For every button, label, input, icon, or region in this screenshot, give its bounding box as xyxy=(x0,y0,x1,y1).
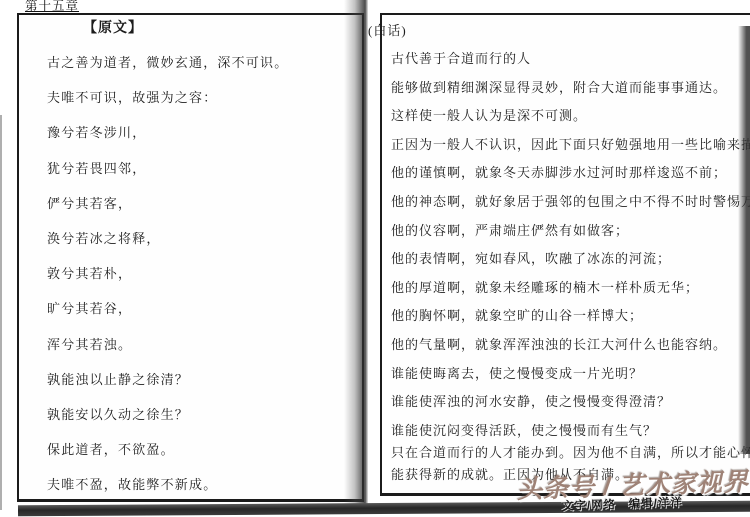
vernacular-header: (白话) xyxy=(368,20,407,39)
left-page-original: 【原文】 古之善为道者，微妙玄通，深不可识。 夫唯不可识，故强为之容： 豫兮若冬… xyxy=(17,13,364,502)
text-line: 谁能使沉闷变得活跃，使之慢慢而有生气？ xyxy=(391,424,750,437)
text-line: 古代善于合道而行的人 xyxy=(391,52,750,65)
text-line: 能够做到精细渊深显得灵妙，附合大道而能事事通达。 xyxy=(391,81,750,94)
text-line: 保此道者，不欲盈。 xyxy=(47,443,358,456)
text-line: 夫唯不盈，故能弊不新成。 xyxy=(47,478,358,491)
text-line: 只在合道而行的人才能办到。因为他不自满，所以才能心怀坦荡而总 xyxy=(391,446,750,459)
original-text-body: 古之善为道者，微妙玄通，深不可识。 夫唯不可识，故强为之容： 豫兮若冬涉川， 犹… xyxy=(47,56,358,513)
text-line: 俨兮其若客， xyxy=(47,197,358,210)
book-gutter-shadow xyxy=(344,0,368,506)
text-line: 这样使一般人认为是深不可测。 xyxy=(391,109,750,122)
text-line: 孰能浊以止静之徐清？ xyxy=(47,373,358,386)
text-line: 他的表情啊，宛如春风，吹融了冰冻的河流； xyxy=(391,252,750,265)
chapter-title: 第十五章 xyxy=(25,0,79,13)
text-line: 古之善为道者，微妙玄通，深不可识。 xyxy=(47,56,358,69)
text-line: 他的谨慎啊，就象冬天赤脚涉水过河时那样逡巡不前； xyxy=(391,166,750,179)
vernacular-body: 古代善于合道而行的人 能够做到精细渊深显得灵妙，附合大道而能事事通达。 这样使一… xyxy=(391,52,750,496)
original-text-header: 【原文】 xyxy=(83,17,143,37)
left-edge-shadow xyxy=(0,115,2,510)
text-line: 他的厚道啊，就象未经雕琢的楠木一样朴质无华； xyxy=(391,281,750,294)
text-line: 他的仪容啊，严肃端庄俨然有如做客； xyxy=(391,224,750,237)
right-page-vernacular: (白话) 古代善于合道而行的人 能够做到精细渊深显得灵妙，附合大道而能事事通达。… xyxy=(380,13,750,496)
text-line: 他的神态啊，就好象居于强邻的包围之中不得不时时警惕万分； xyxy=(391,195,750,208)
text-line: 旷兮其若谷， xyxy=(47,302,358,315)
text-line: 涣兮若冰之将释， xyxy=(47,232,358,245)
text-line: 谁能使晦离去，使之慢慢变成一片光明？ xyxy=(391,367,750,380)
right-edge-shadow xyxy=(738,26,750,454)
text-line: 正因为一般人不认识，因此下面只好勉强地用一些比喻来描述这种人： xyxy=(391,138,750,151)
text-line: 谁能使浑浊的河水安静，使之慢慢变得澄清？ xyxy=(391,395,750,408)
text-line: 夫唯不可识，故强为之容： xyxy=(47,91,358,104)
text-line: 敦兮其若朴， xyxy=(47,267,358,280)
text-line: 犹兮若畏四邻， xyxy=(47,162,358,175)
text-line: 他的气量啊，就象浑浑浊浊的长江大河什么也能容纳。 xyxy=(391,338,750,351)
text-line: 豫兮若冬涉川， xyxy=(47,126,358,139)
text-line: 他的胸怀啊，就象空旷的山谷一样博大； xyxy=(391,309,750,322)
document-spread: 第十五章 【原文】 古之善为道者，微妙玄通，深不可识。 夫唯不可识，故强为之容：… xyxy=(0,0,750,517)
text-line: 孰能安以久动之徐生？ xyxy=(47,408,358,421)
text-line: 浑兮其若浊。 xyxy=(47,338,358,351)
